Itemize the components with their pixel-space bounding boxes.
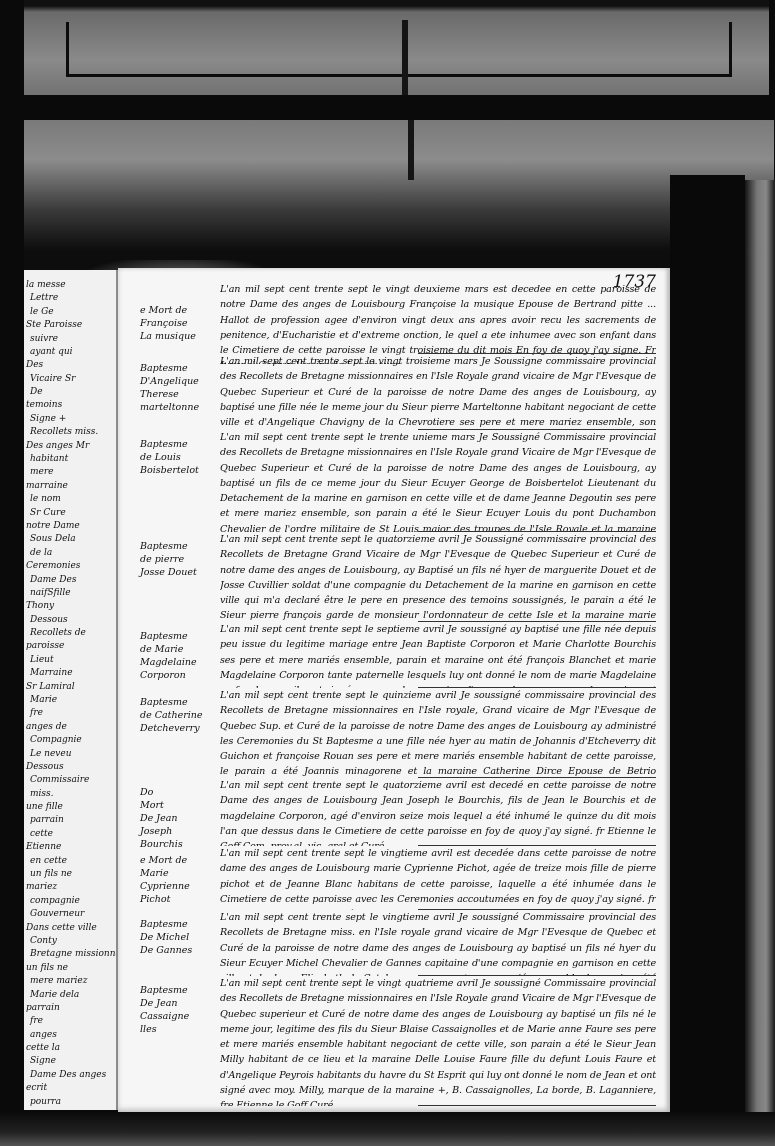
left-page-text-fragment: de la [30, 548, 52, 558]
left-page-text-fragment: fre [30, 1016, 43, 1026]
left-page-text-fragment: habitant [30, 454, 68, 464]
margin-title-line: Baptesme [140, 918, 222, 931]
left-page-text-fragment: Ceremonies [26, 561, 80, 571]
margin-title-line: Marie [140, 867, 222, 880]
left-page-text-fragment: temoins [26, 400, 62, 410]
register-entry: Baptesmede LouisBoisbertelotL'an mil sep… [118, 430, 670, 532]
margin-title-line: de Marie [140, 643, 222, 656]
left-page-text-fragment: Dame Des anges [30, 1070, 106, 1080]
entry-body-text: L'an mil sept cent trente sept le vingti… [220, 846, 656, 910]
left-page-text-fragment: mariez [26, 882, 57, 892]
margin-title: BaptesmeDe JeanCassaignelles [140, 984, 222, 1036]
binding-spine-lower [408, 120, 414, 180]
margin-title-line: Baptesme [140, 540, 222, 553]
left-page-fragment: la messeLettrele GeSte Paroissesuivreaya… [24, 270, 118, 1110]
margin-title-line: Pichot [140, 893, 222, 906]
left-page-text-fragment: Commissaire [30, 775, 89, 785]
margin-title-line: Cyprienne [140, 880, 222, 893]
left-page-text-fragment: une fille [26, 802, 63, 812]
margin-title-line: La musique [140, 330, 222, 343]
entry-body-text: L'an mil sept cent trente sept le vingt … [220, 976, 656, 1106]
margin-title-line: Corporon [140, 669, 222, 682]
margin-title-line: Baptesme [140, 696, 222, 709]
margin-title-line: lles [140, 1023, 222, 1036]
left-page-text-fragment: un fils ne [26, 963, 68, 973]
margin-title-line: e Mort de [140, 854, 222, 867]
microfilm-background-bottom [0, 1112, 775, 1146]
left-page-text-fragment: ayant qui [30, 347, 73, 357]
margin-title-line: Baptesme [140, 630, 222, 643]
margin-title: Baptesmede LouisBoisbertelot [140, 438, 222, 477]
margin-title-line: De Michel [140, 931, 222, 944]
dark-separator-band [0, 95, 775, 121]
left-page-text-fragment: Dessous [26, 762, 64, 772]
left-page-text-fragment: Gouverneur [30, 909, 84, 919]
left-page-text-fragment: Dame Des [30, 575, 76, 585]
left-page-text-fragment: Ste Paroisse [26, 320, 82, 330]
entry-body-text: L'an mil sept cent trente sept le vingt … [220, 282, 656, 364]
margin-title-line: marteltonne [140, 401, 222, 414]
left-page-text-fragment: Sous Dela [30, 534, 76, 544]
register-entry: BaptesmeDe MichelDe GannesL'an mil sept … [118, 910, 670, 976]
entry-body-text: L'an mil sept cent trente sept le quator… [220, 532, 656, 622]
margin-title-line: Baptesme [140, 362, 222, 375]
left-page-text-fragment: suivre [30, 334, 58, 344]
margin-title-line: de pierre [140, 553, 222, 566]
left-page-text-fragment: Etienne [26, 842, 61, 852]
left-page-text-fragment: compagnie [30, 896, 80, 906]
margin-title-line: De Jean [140, 997, 222, 1010]
entry-separator-line [418, 1105, 656, 1106]
left-page-text-fragment: Lettre [30, 293, 58, 303]
left-page-text-fragment: cette la [26, 1043, 60, 1053]
left-page-text-fragment: Marie [30, 695, 57, 705]
left-page-text-fragment: cette [30, 829, 53, 839]
entry-body-text: L'an mil sept cent trente sept le septie… [220, 622, 656, 688]
entry-body-text: L'an mil sept cent trente sept le trente… [220, 430, 656, 532]
margin-title-line: Baptesme [140, 984, 222, 997]
left-page-text-fragment: fre [30, 708, 43, 718]
margin-title-line: Joseph [140, 825, 222, 838]
left-page-text-fragment: De [30, 387, 43, 397]
left-page-text-fragment: pourra [30, 1097, 61, 1107]
margin-title-line: Boisbertelot [140, 464, 222, 477]
left-page-text-fragment: miss. [30, 789, 54, 799]
left-page-text-fragment: Vicaire Sr [30, 374, 75, 384]
left-page-text-fragment: paroisse [26, 641, 64, 651]
left-page-text-fragment: en cette [30, 856, 67, 866]
left-page-text-fragment: mere mariez [30, 976, 88, 986]
register-entry: DoMortDe JeanJosephBourchisL'an mil sept… [118, 778, 670, 846]
left-page-text-fragment: parrain [26, 1003, 60, 1013]
left-page-text-fragment: Des anges Mr [26, 441, 89, 451]
left-page-text-fragment: le Ge [30, 307, 54, 317]
register-entry: Baptesmede CatherineDetcheverryL'an mil … [118, 688, 670, 778]
register-entry: Baptesmede MarieMagdelaineCorporonL'an m… [118, 622, 670, 688]
left-page-text-fragment: Marraine [30, 668, 73, 678]
entry-body-text: L'an mil sept cent trente sept le quinzi… [220, 688, 656, 778]
margin-title: BaptesmeD'AngeliqueTheresemarteltonne [140, 362, 222, 414]
margin-title-line: De Gannes [140, 944, 222, 957]
left-page-text-fragment: notre Dame [26, 521, 80, 531]
margin-title: Baptesmede CatherineDetcheverry [140, 696, 222, 735]
left-page-text-fragment: Des [26, 360, 43, 370]
left-page-text-fragment: marraine [26, 481, 68, 491]
left-page-text-fragment: le nom [30, 494, 61, 504]
margin-title-line: De Jean [140, 812, 222, 825]
margin-title: BaptesmeDe MichelDe Gannes [140, 918, 222, 957]
register-entry: BaptesmeD'AngeliqueTheresemarteltonneL'a… [118, 354, 670, 430]
margin-title-line: Do [140, 786, 222, 799]
margin-title: e Mort deMarieCypriennePichot [140, 854, 222, 906]
left-page-text-fragment: Recollets de [30, 628, 86, 638]
margin-title-line: Detcheverry [140, 722, 222, 735]
left-page-text-fragment: Sr Lamiral [26, 682, 75, 692]
register-page: 1737 e Mort deFrançoiseLa musiqueL'an mi… [118, 268, 670, 1112]
margin-title-line: Françoise [140, 317, 222, 330]
register-entry: Baptesmede pierreJosse DouetL'an mil sep… [118, 532, 670, 622]
left-page-text-fragment: Conty [30, 936, 57, 946]
left-page-text-fragment: un fils ne [30, 869, 72, 879]
margin-title: e Mort deFrançoiseLa musique [140, 304, 222, 343]
register-entry: e Mort deFrançoiseLa musiqueL'an mil sep… [118, 272, 670, 354]
left-page-text-fragment: naifSfille [30, 588, 71, 598]
entry-body-text: L'an mil sept cent trente sept le quator… [220, 778, 656, 846]
entry-body-text: L'an mil sept cent trente sept le vingti… [220, 910, 656, 976]
margin-title: DoMortDe JeanJosephBourchis [140, 786, 222, 851]
margin-title-line: Cassaigne [140, 1010, 222, 1023]
margin-title-line: Mort [140, 799, 222, 812]
margin-title-line: Baptesme [140, 438, 222, 451]
left-page-text-fragment: la messe [26, 280, 66, 290]
margin-title-line: de Catherine [140, 709, 222, 722]
left-page-text-fragment: Signe [30, 1056, 56, 1066]
left-page-text-fragment: Signe + [30, 414, 66, 424]
margin-title-line: Therese [140, 388, 222, 401]
left-page-text-fragment: Compagnie [30, 735, 82, 745]
right-frame-edge [745, 180, 775, 1146]
entry-body-text: L'an mil sept cent trente sept le vingt … [220, 354, 656, 430]
left-page-text-fragment: Marie dela [30, 990, 79, 1000]
register-entry: BaptesmeDe JeanCassaignellesL'an mil sep… [118, 976, 670, 1106]
margin-title-line: de Louis [140, 451, 222, 464]
margin-title: Baptesmede pierreJosse Douet [140, 540, 222, 579]
left-page-text-fragment: anges [30, 1030, 57, 1040]
left-page-text-fragment: parrain [30, 815, 64, 825]
left-page-text-fragment: anges de [26, 722, 67, 732]
left-page-text-fragment: Sr Cure [30, 508, 66, 518]
left-page-text-fragment: Bretagne missionnaires [30, 949, 118, 959]
right-shadow [670, 175, 745, 1135]
left-page-text-fragment: Lieut [30, 655, 54, 665]
microfilm-background-middle [24, 120, 774, 275]
margin-title-line: e Mort de [140, 304, 222, 317]
margin-title-line: Josse Douet [140, 566, 222, 579]
left-page-text-fragment: Le neveu [30, 749, 72, 759]
margin-title: Baptesmede MarieMagdelaineCorporon [140, 630, 222, 682]
left-page-text-fragment: Recollets miss. [30, 427, 98, 437]
frame-bracket [66, 22, 732, 77]
margin-title-line: D'Angelique [140, 375, 222, 388]
margin-title-line: Magdelaine [140, 656, 222, 669]
left-page-text-fragment: Thony [26, 601, 54, 611]
left-page-text-fragment: Dessous [30, 615, 68, 625]
left-page-text-fragment: mere [30, 467, 54, 477]
left-page-text-fragment: ecrit [26, 1083, 47, 1093]
register-entry: e Mort deMarieCypriennePichotL'an mil se… [118, 846, 670, 910]
left-page-text-fragment: Dans cette ville [26, 923, 97, 933]
